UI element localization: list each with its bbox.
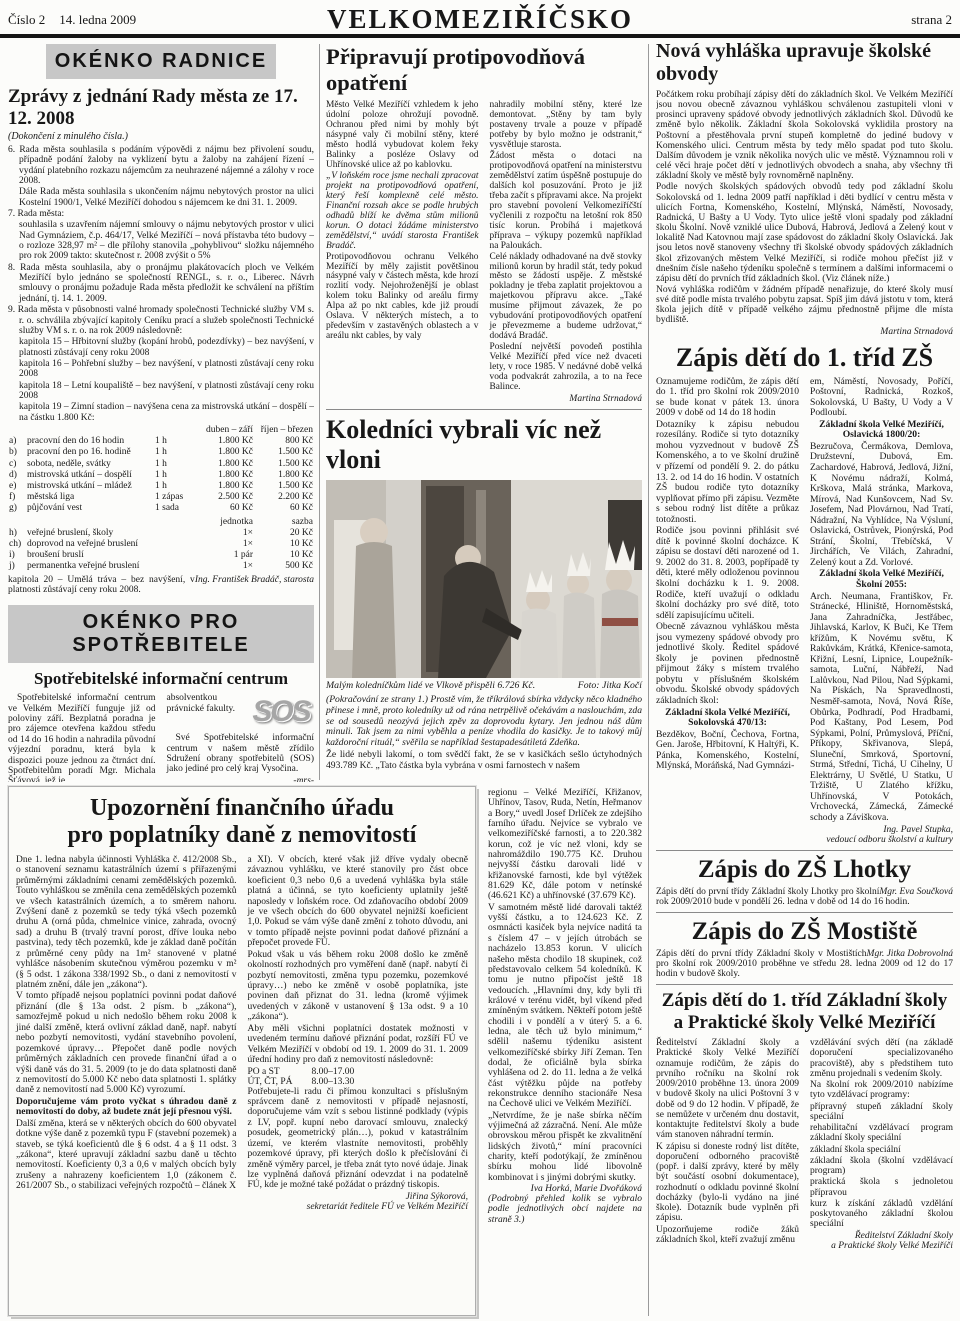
upozorneni-title: Upozornění finančního úřadu pro poplatní… [16, 795, 468, 849]
paragraph: Spotřebitelské informační centrum ve Vel… [8, 693, 156, 782]
price-cell: c) [8, 459, 26, 470]
price-cell: 1.800 Kč [194, 447, 254, 458]
cell [8, 517, 26, 528]
prakticka-signature-line2: a Praktické školy Velké Meziříčí [810, 1241, 953, 1251]
photo-child2-head [567, 573, 589, 595]
sos-logo: SOS [248, 693, 314, 733]
price-cell: 1.500 Kč [254, 447, 314, 458]
price-cell: 10 Kč [254, 539, 314, 550]
paragraph: absolventkou právnické fakulty. [167, 693, 249, 732]
radnice-subnote: (Dokončení z minulého čísla.) [8, 131, 314, 142]
price-row: i)broušení bruslí1 pár10 Kč [8, 550, 314, 561]
photo-child3-body [600, 590, 640, 679]
cell [154, 425, 194, 436]
zapis-zs-col2: em, Náměstí, Novosady, Poříčí, Poštovní,… [810, 377, 953, 845]
section-divider [656, 912, 953, 913]
price-cell: 1 h [154, 481, 194, 492]
photo-child3-head [606, 567, 632, 593]
page-header: Číslo 214. ledna 2009 VELKOMEZIŘÍČSKO st… [8, 4, 952, 32]
price-cell: pracovní den po 16. hodině [26, 447, 154, 458]
paragraph: kapitola 18 – Letní koupaliště – bez nav… [8, 381, 314, 402]
kolednici-signature: Iva Horká, Marie Dvořáková [488, 1184, 642, 1194]
price-cell: doprovod na veřejné bruslení [26, 539, 194, 550]
office-hours-days: ÚT, ČT, PÁ [248, 1077, 312, 1087]
paragraph: Potřebujete-li radu či přímou konzultaci… [248, 1087, 469, 1191]
vyhlaska-headline: Nová vyhláška upravuje školské obvody [656, 40, 953, 86]
price-cell: 1.800 Kč [194, 436, 254, 447]
kolednici-photo [326, 480, 642, 678]
column-header: jednotka [194, 517, 254, 528]
paragraph: Poslední největší povodeň postihla Velké… [490, 343, 643, 393]
price-cell: 1 h [154, 470, 194, 481]
protipovodnova-col2: nahradily mobilní stěny, které lze demon… [490, 101, 643, 404]
cell [8, 425, 26, 436]
column-header: říjen – březen [254, 425, 314, 436]
price-cell: i) [8, 550, 26, 561]
section-divider [656, 850, 953, 851]
upozorneni-signature-role: sekretariát ředitele FÚ ve Velkém Meziří… [248, 1202, 469, 1212]
okenko-radnice-section: OKÉNKO RADNICE Zprávy z jednání Rady měs… [8, 44, 314, 782]
price-cell: permanentka veřejné bruslení [26, 561, 194, 572]
price-cell: ch) [8, 539, 26, 550]
photo-child3-stripe [602, 618, 638, 626]
price-cell: 10 Kč [254, 550, 314, 561]
paragraph: Počátkem roku probíhají zápisy dětí do z… [656, 90, 953, 181]
lhotky-text: Mgr. Eva Součková Zápis dětí do první tř… [656, 887, 953, 907]
photo-woman-body [352, 542, 396, 678]
radnice-closing: Ing. František Bradáč, starosta kapitola… [8, 575, 314, 596]
paragraph: 7. Rada města: [8, 209, 314, 219]
spotrebitele-col2-top: absolventkou právnické fakulty. SOS [167, 693, 315, 733]
price-table-units: jednotka sazba h)veřejné bruslení, školy… [8, 517, 314, 573]
paragraph: „V loňském roce jsme nechali zpracovat p… [326, 172, 479, 252]
zapis-zs-col1: Oznamujeme rodičům, že zápis dětí do 1. … [656, 377, 799, 845]
prakticka-headline-line2: a Praktické školy Velké Meziříčí [656, 1012, 953, 1034]
kolednici-note: (Podrobný přehled kolik se vybralo podle… [488, 1194, 642, 1225]
radnice-signature: Ing. František Bradáč, starosta [195, 575, 314, 585]
photo-caption-row: Malým koledníčkům lidé ve Vlkově přispěl… [326, 680, 642, 691]
price-row: f)městská liga1 zápas2.500 Kč2.200 Kč [8, 492, 314, 503]
newspaper-page: Číslo 214. ledna 2009 VELKOMEZIŘÍČSKO st… [0, 0, 960, 1321]
school-district-streets: Arch. Neumana, Františkov, Fr. Stránecké… [810, 592, 953, 824]
price-cell: pracovní den do 16 hodin [26, 436, 154, 447]
upozorneni-box: Upozornění finančního úřadu pro poplatní… [8, 786, 476, 1316]
paragraph: Ředitelství Základní školy a Praktické š… [656, 1038, 799, 1141]
column-rule-left [319, 44, 320, 780]
price-cell: 1× [194, 528, 254, 539]
paragraph: 9. Rada města v působnosti valné hromady… [8, 305, 314, 336]
price-cell: 60 Kč [254, 503, 314, 514]
school-district-name: Základní škola Velké Meziříčí, Sokolovsk… [656, 708, 799, 729]
paragraph: Zápis dětí do první třídy Základní školy… [656, 887, 910, 907]
upozorneni-col1: Dne 1. ledna nabyla účinnosti Vyhláška č… [16, 855, 237, 1212]
section-label-spotrebitele: OKÉNKO PRO SPOTŘEBITELE [8, 605, 314, 663]
cell [26, 517, 194, 528]
paragraph: regionu – Velké Meziříčí, Křižanov, Uhří… [488, 788, 642, 902]
right-section: Nová vyhláška upravuje školské obvody Po… [656, 40, 953, 1318]
cell [26, 425, 154, 436]
kolednici-continuation: regionu – Velké Meziříčí, Křižanov, Uhří… [488, 788, 642, 1226]
mostiste-headline: Zápis do ZŠ Mostiště [656, 918, 953, 946]
zapis-zs-columns: Oznamujeme rodičům, že zápis dětí do 1. … [656, 377, 953, 845]
office-hours-days: PO a ST [248, 1067, 312, 1077]
paragraph: Obecně závaznou vyhláškou města jsou vym… [656, 622, 799, 706]
paragraph: Protipovodňovou ochranu Velkého Meziříčí… [326, 253, 479, 343]
paragraph: (Pokračování ze strany 1.) Prostě vím, ž… [326, 695, 642, 749]
paragraph: Oznamujeme rodičům, že zápis dětí do 1. … [656, 377, 799, 419]
price-cell: 1.800 Kč [194, 459, 254, 470]
school-district-streets: Bezručova, Čermákova, Demlova, Družstevn… [810, 442, 953, 569]
price-cell: e) [8, 481, 26, 492]
price-cell: 1.500 Kč [254, 481, 314, 492]
price-table-subheader: jednotka sazba [8, 517, 314, 528]
paragraph: Podle nových školských spádových obvodů … [656, 182, 953, 284]
header-rule [0, 34, 960, 38]
masthead-title: VELKOMEZIŘÍČSKO [8, 4, 952, 35]
price-cell: a) [8, 436, 26, 447]
paragraph: Dále Rada města souhlasila s ukončením n… [8, 187, 314, 208]
vyhlaska-signature: Martina Strnadová [656, 327, 953, 337]
spotrebitele-signature: -mrs- [167, 776, 315, 782]
paragraph: Na školní rok 2009/2010 nabízíme tyto vz… [810, 1080, 953, 1101]
price-table-seasonal: duben – září říjen – březen a)pracovní d… [8, 425, 314, 515]
office-hours-time: 8.00–17.00 [312, 1067, 355, 1077]
price-cell: 1 pár [194, 550, 254, 561]
program-item: kurz k získání základů vzdělání poskytov… [810, 1199, 953, 1230]
column-header: duben – září [194, 425, 254, 436]
program-item: základní škola (školní vzdělávací progra… [810, 1156, 953, 1177]
paragraph: Další změna, která se v některých obcích… [16, 1119, 237, 1192]
prakticka-headline-line1: Zápis dětí do 1. tříd Základní školy [656, 990, 953, 1012]
price-cell: 1.800 Kč [194, 470, 254, 481]
paragraph: Aby měli všichni poplatníci dostatek mož… [248, 1024, 469, 1066]
paragraph: V tomto případě nejsou poplatníci povinn… [16, 991, 237, 1095]
price-row: c)sobota, neděle, svátky1 h1.800 Kč1.500… [8, 459, 314, 470]
column-header: sazba [254, 517, 314, 528]
price-cell: 1 h [154, 459, 194, 470]
price-cell: 1 h [154, 447, 194, 458]
protipovodnova-columns: Město Velké Meziříčí vzhledem k jeho údo… [326, 101, 642, 404]
price-cell: sobota, neděle, svátky [26, 459, 154, 470]
column-rule-right [648, 44, 649, 1316]
price-cell: půjčování vest [26, 503, 154, 514]
paragraph: Město Velké Meziříčí vzhledem k jeho údo… [326, 101, 479, 171]
price-row: h)veřejné bruslení, školy1×20 Kč [8, 528, 314, 539]
price-cell: broušení bruslí [26, 550, 194, 561]
paragraph: kapitola 16 – Pohřební služby – bez navý… [8, 359, 314, 380]
photo-caption: Malým koledníčkům lidé ve Vlkově přispěl… [326, 680, 535, 691]
photo-child2-body [562, 593, 596, 679]
price-cell: 500 Kč [254, 561, 314, 572]
price-cell: mistrovská utkání – mládež [26, 481, 154, 492]
price-cell: 20 Kč [254, 528, 314, 539]
kolednici-headline: Koledníci vybrali víc než vloni [326, 415, 642, 475]
prakticka-headline: Zápis dětí do 1. tříd Základní školy a P… [656, 990, 953, 1034]
paragraph: a XI). V obcích, které však již dříve vy… [248, 855, 469, 949]
spotrebitele-columns: Spotřebitelské informační centrum ve Vel… [8, 693, 314, 782]
program-item: základní škola speciální [810, 1145, 953, 1155]
price-cell: veřejné bruslení, školy [26, 528, 194, 539]
price-row: g)půjčování vest1 sada60 Kč60 Kč [8, 503, 314, 514]
lhotky-headline: Zápis do ZŠ Lhotky [656, 856, 953, 884]
paragraph: vzdělávání svých dětí (na základě doporu… [810, 1038, 953, 1079]
program-item: rehabilitační vzdělávací program základn… [810, 1123, 953, 1144]
price-cell: 1 h [154, 436, 194, 447]
office-hours-row: PO a ST 8.00–17.00 [248, 1067, 469, 1077]
price-cell: 1× [194, 561, 254, 572]
protipovodnova-signature: Martina Strnadová [490, 394, 643, 404]
price-table-body-2: h)veřejné bruslení, školy1×20 Kčch)dopro… [8, 528, 314, 573]
price-cell: d) [8, 470, 26, 481]
upozorneni-signature-name: Jiřina Sýkorová, [248, 1192, 469, 1202]
closing-text: kapitola 20 – Umělá tráva – bez navýšení… [8, 575, 195, 595]
spotrebitele-headline: Spotřebitelské informační centrum [8, 669, 314, 689]
price-cell: 2.200 Kč [254, 492, 314, 503]
paragraph: Dne 1. ledna nabyla účinnosti Vyhláška č… [16, 855, 237, 991]
price-table-body: a)pracovní den do 16 hodin1 h1.800 Kč800… [8, 436, 314, 514]
paragraph: Rodiče jsou povinni přihlásit své dítě k… [656, 526, 799, 621]
upozorneni-columns: Dne 1. ledna nabyla účinnosti Vyhláška č… [16, 855, 468, 1212]
paragraph: Celé náklady odhadované na dvě stovky mi… [490, 253, 643, 343]
zapis-zs-headline: Zápis dětí do 1. tříd ZŠ [656, 343, 953, 373]
mostiste-text: Mgr. Jitka Dobrovolná Zápis dětí do prvn… [656, 949, 953, 979]
upozorneni-title-line2: pro poplatníky daně z nemovitostí [16, 822, 468, 849]
school-district-streets: em, Náměstí, Novosady, Poříčí, Poštovní,… [810, 377, 953, 419]
school-district-name: Základní škola Velké Meziříčí, Oslavická… [810, 420, 953, 441]
school-district-streets: Bezděkov, Boční, Čechova, Fortna, Gen. J… [656, 730, 799, 772]
school-district-name: Základní škola Velké Meziříčí, Školní 20… [810, 569, 953, 590]
zapis-zs-signature-name: Ing. Pavel Stupka, [810, 825, 953, 835]
upozorneni-col2: a XI). V obcích, které však již dříve vy… [248, 855, 469, 1212]
price-row: ch)doprovod na veřejné bruslení1×10 Kč [8, 539, 314, 550]
paragraph: K zápisu si doneste rodný list dítěte, d… [656, 1142, 799, 1224]
price-cell: 60 Kč [194, 503, 254, 514]
middle-section: Připravují protipovodňová opatření Město… [326, 44, 642, 772]
spotrebitele-col2: absolventkou právnické fakulty. SOS Své … [167, 693, 315, 782]
price-row: e)mistrovská utkání – mládež1 h1.800 Kč1… [8, 481, 314, 492]
photo-credit: Foto: Jitka Kočí [578, 680, 642, 691]
paragraph: Dotazníky k zápisu nebudou rozesílány. R… [656, 420, 799, 525]
upozorneni-title-line1: Upozornění finančního úřadu [16, 795, 468, 822]
price-cell: 1.500 Kč [254, 459, 314, 470]
paragraph: „Netvrdíme, že je naše sbírka něčím výji… [488, 1111, 642, 1183]
price-cell: 1.800 Kč [254, 470, 314, 481]
page-number: strana 2 [911, 12, 952, 28]
lhotky-signature: Mgr. Eva Součková [879, 887, 953, 897]
photo-child1-body [520, 609, 558, 679]
prakticka-col1: Ředitelství Základní školy a Praktické š… [656, 1038, 799, 1251]
office-hours-row: ÚT, ČT, PÁ 8.00–13.30 [248, 1077, 469, 1087]
price-row: a)pracovní den do 16 hodin1 h1.800 Kč800… [8, 436, 314, 447]
section-divider [326, 409, 642, 410]
price-cell: 800 Kč [254, 436, 314, 447]
paragraph: Pokud však u vás během roku 2008 došlo k… [248, 950, 469, 1023]
paragraph: Že lidé nebyli lakomí, o tom svědčí fakt… [326, 750, 642, 771]
mostiste-signature: Mgr. Jitka Dobrovolná [867, 949, 953, 959]
price-cell: j) [8, 561, 26, 572]
section-label-radnice: OKÉNKO RADNICE [46, 44, 276, 79]
price-cell: mistrovská utkání – dospělí [26, 470, 154, 481]
radnice-headline: Zprávy z jednání Rady města ze 17. 12. 2… [8, 86, 314, 130]
price-cell: b) [8, 447, 26, 458]
price-row: b)pracovní den po 16. hodině1 h1.800 Kč1… [8, 447, 314, 458]
price-cell: 2.500 Kč [194, 492, 254, 503]
paragraph: 6. Rada města souhlasila s podáním výpov… [8, 145, 314, 186]
prakticka-columns: Ředitelství Základní školy a Praktické š… [656, 1038, 953, 1251]
protipovodnova-headline: Připravují protipovodňová opatření [326, 44, 642, 96]
protipovodnova-col1: Město Velké Meziříčí vzhledem k jeho údo… [326, 101, 479, 404]
prakticka-signature-line1: Ředitelství Základní školy [810, 1231, 953, 1241]
zapis-zs-signature-role: vedoucí odboru školství a kultury [810, 835, 953, 845]
paragraph: Doporučujeme vám proto vyčkat s úhradou … [16, 1097, 237, 1118]
paragraph: V samotném městě lidé darovali taktéž vy… [488, 903, 642, 1110]
price-row: j)permanentka veřejné bruslení1×500 Kč [8, 561, 314, 572]
paragraph: kapitola 19 – Zimní stadion – navýšena c… [8, 402, 314, 423]
price-cell: f) [8, 492, 26, 503]
price-cell: g) [8, 503, 26, 514]
price-row: d)mistrovská utkání – dospělí1 h1.800 Kč… [8, 470, 314, 481]
price-cell: městská liga [26, 492, 154, 503]
paragraph: Upozorňujeme rodiče žáků základních škol… [656, 1225, 799, 1246]
spotrebitele-col1: Spotřebitelské informační centrum ve Vel… [8, 693, 156, 782]
paragraph: nahradily mobilní stěny, které lze demon… [490, 101, 643, 151]
price-cell: 1 sada [154, 503, 194, 514]
photo-woman-head [360, 518, 388, 546]
kolednici-photo-image [326, 480, 642, 678]
paragraph: 8. Rada města souhlasila, aby o pronájmu… [8, 263, 314, 304]
program-item: přípravný stupeň základní školy speciáln… [810, 1102, 953, 1123]
office-hours-time: 8.00–13.30 [312, 1077, 355, 1087]
paragraph: Žádost města o dotaci na protipovodňová … [490, 152, 643, 252]
price-cell: 1 zápas [154, 492, 194, 503]
price-cell: 1× [194, 539, 254, 550]
paragraph: souhlasila s uzavřením nájemní smlouvy o… [8, 220, 314, 261]
paragraph: Své Spotřebitelské informační centrum v … [167, 733, 315, 774]
price-cell: h) [8, 528, 26, 539]
paragraph: Nová vyhláška rodičům v žádném případě n… [656, 285, 953, 326]
program-item: praktická škola s jednoletou přípravou [810, 1177, 953, 1198]
paragraph: kapitola 15 – Hřbitovní služby (kopání h… [8, 337, 314, 358]
prakticka-col2: vzdělávání svých dětí (na základě doporu… [810, 1038, 953, 1251]
price-table-header: duben – září říjen – březen [8, 425, 314, 436]
price-cell: 1.800 Kč [194, 481, 254, 492]
section-divider [656, 984, 953, 985]
